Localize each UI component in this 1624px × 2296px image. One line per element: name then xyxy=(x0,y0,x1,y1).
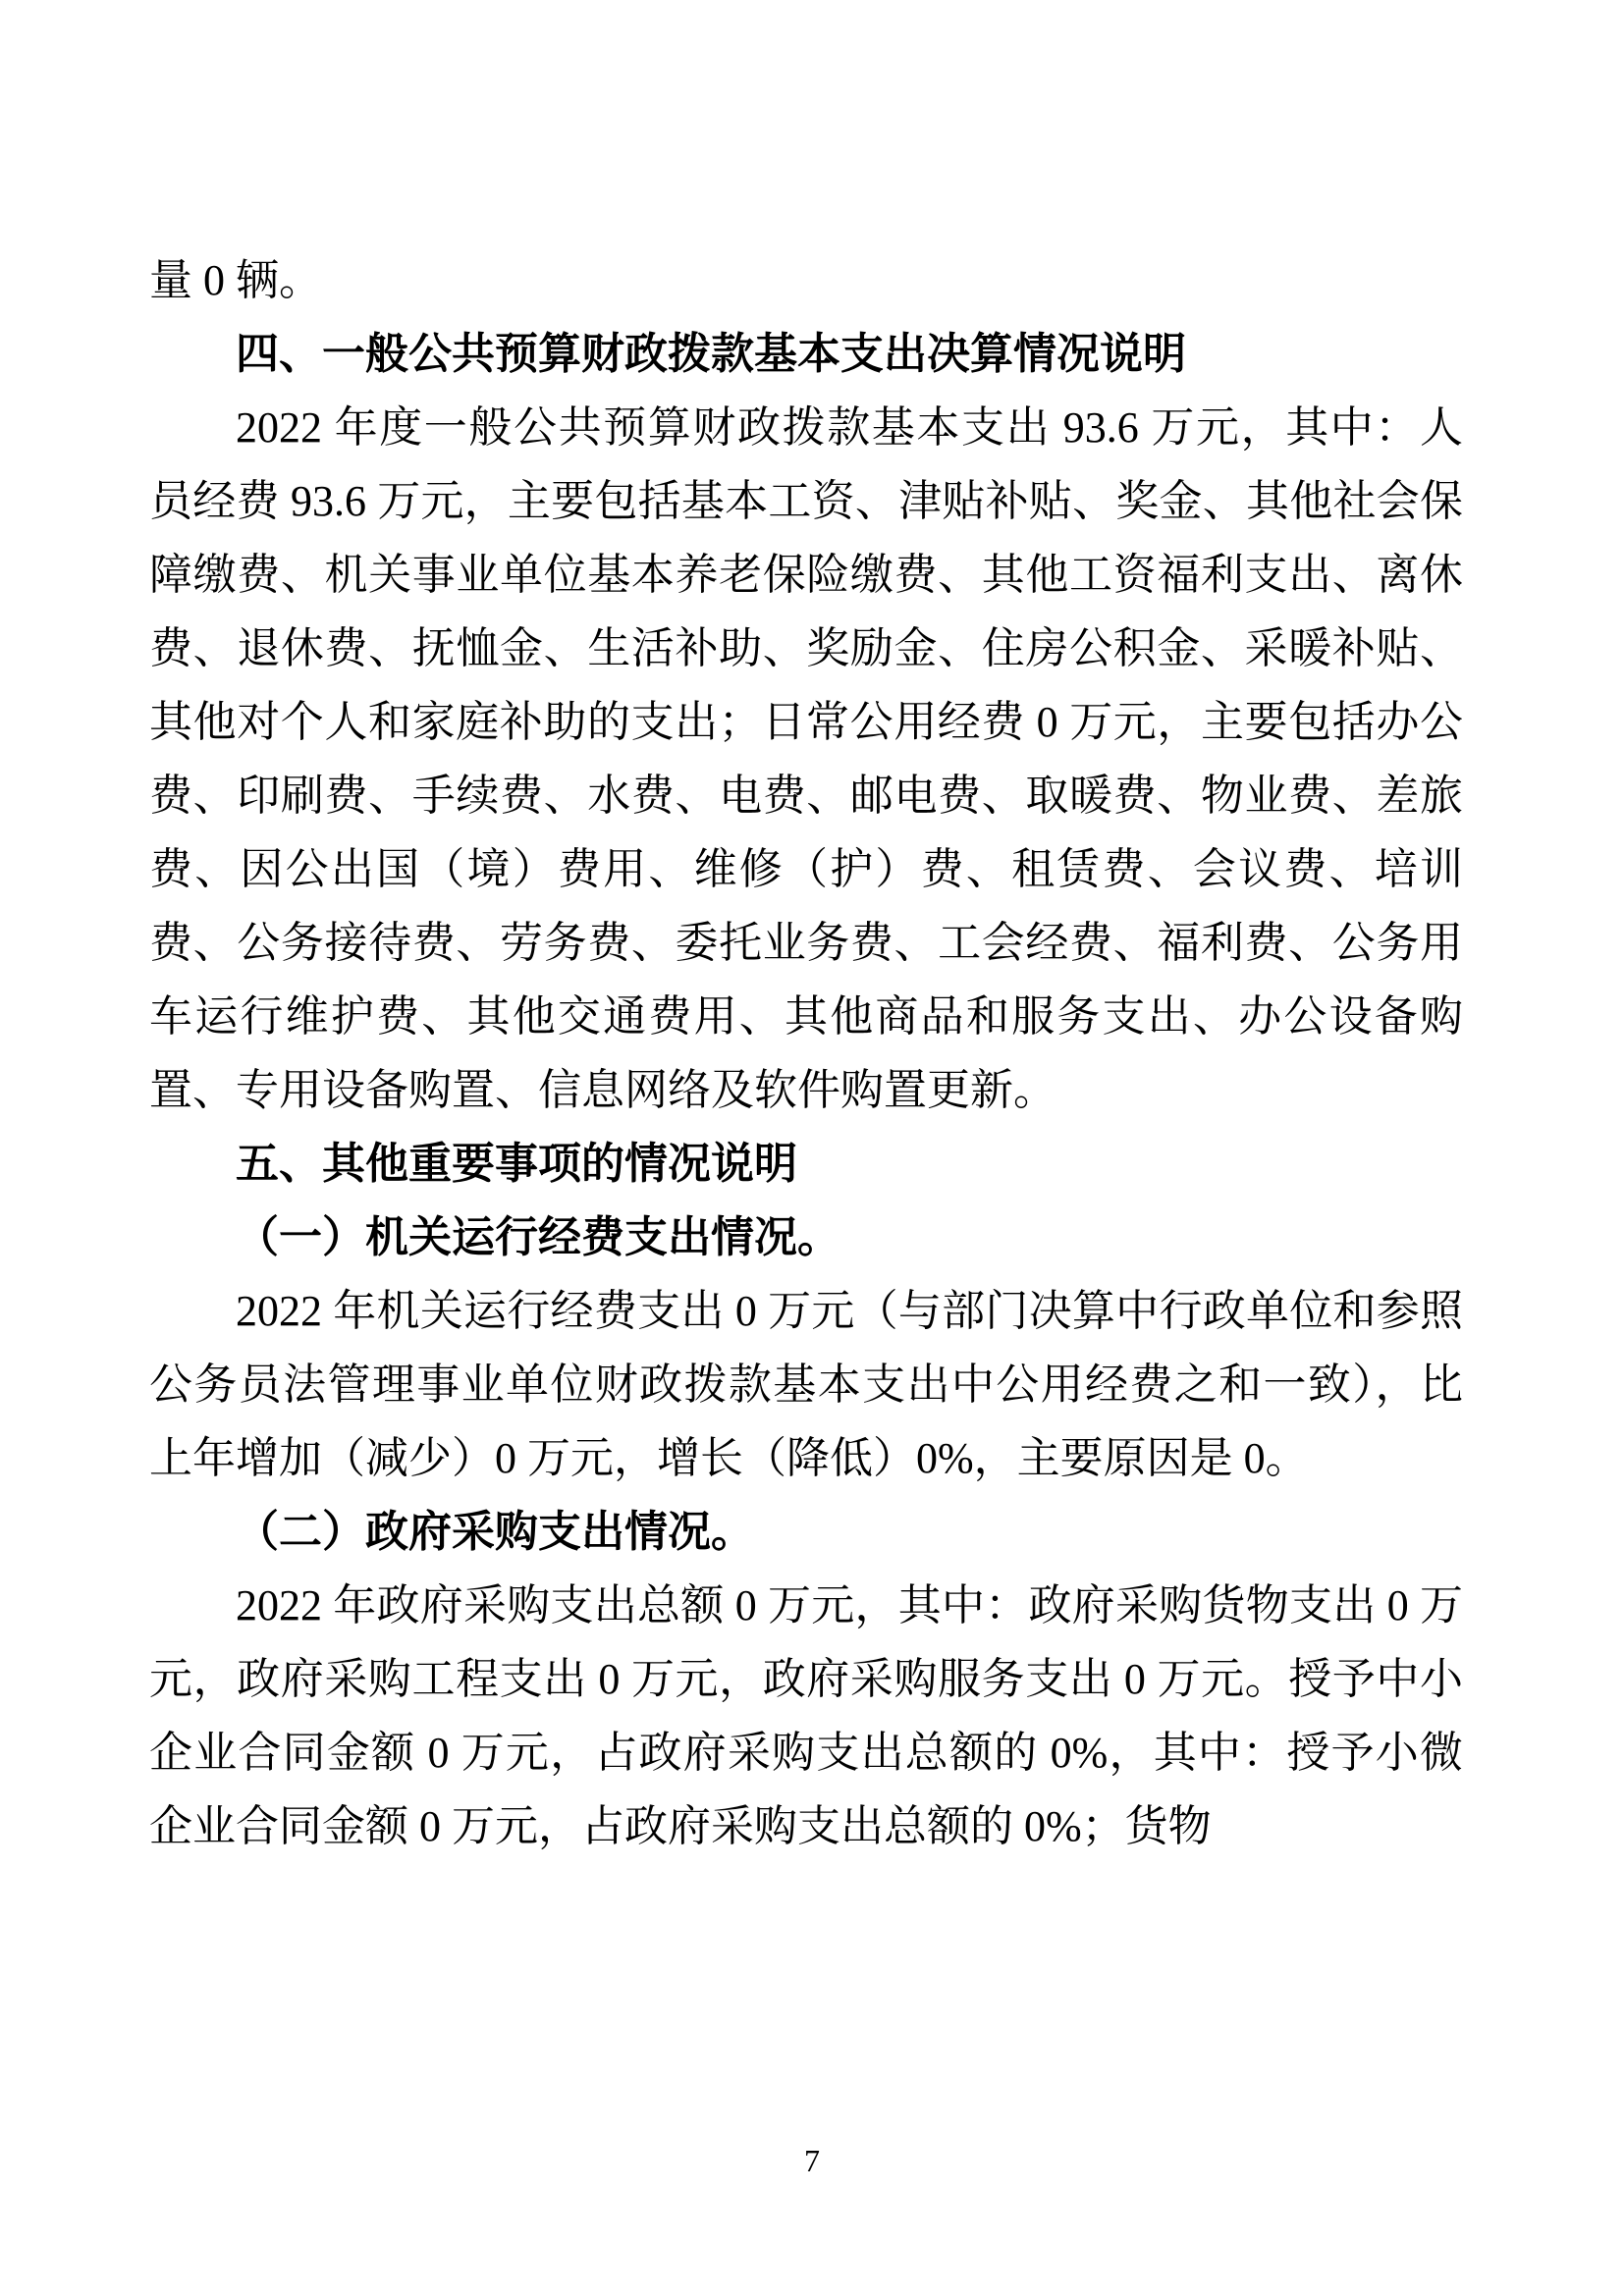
paragraph-operating-funds: 2022 年机关运行经费支出 0 万元（与部门决算中行政单位和参照公务员法管理事… xyxy=(149,1274,1463,1495)
document-page: 量 0 辆。 四、一般公共预算财政拨款基本支出决算情况说明 2022 年度一般公… xyxy=(0,0,1624,2296)
page-number: 7 xyxy=(0,2141,1624,2180)
subsection-heading-one: （一）机关运行经费支出情况。 xyxy=(149,1201,1463,1274)
paragraph-government-procurement: 2022 年政府采购支出总额 0 万元，其中：政府采购货物支出 0 万元，政府采… xyxy=(149,1569,1463,1863)
paragraph-basic-expenditure: 2022 年度一般公共预算财政拨款基本支出 93.6 万元，其中：人员经费 93… xyxy=(149,391,1463,1127)
subsection-heading-two: （二）政府采购支出情况。 xyxy=(149,1495,1463,1569)
section-heading-four: 四、一般公共预算财政拨款基本支出决算情况说明 xyxy=(149,317,1463,391)
section-heading-five: 五、其他重要事项的情况说明 xyxy=(149,1127,1463,1201)
paragraph-continuation: 量 0 辆。 xyxy=(149,243,1463,317)
